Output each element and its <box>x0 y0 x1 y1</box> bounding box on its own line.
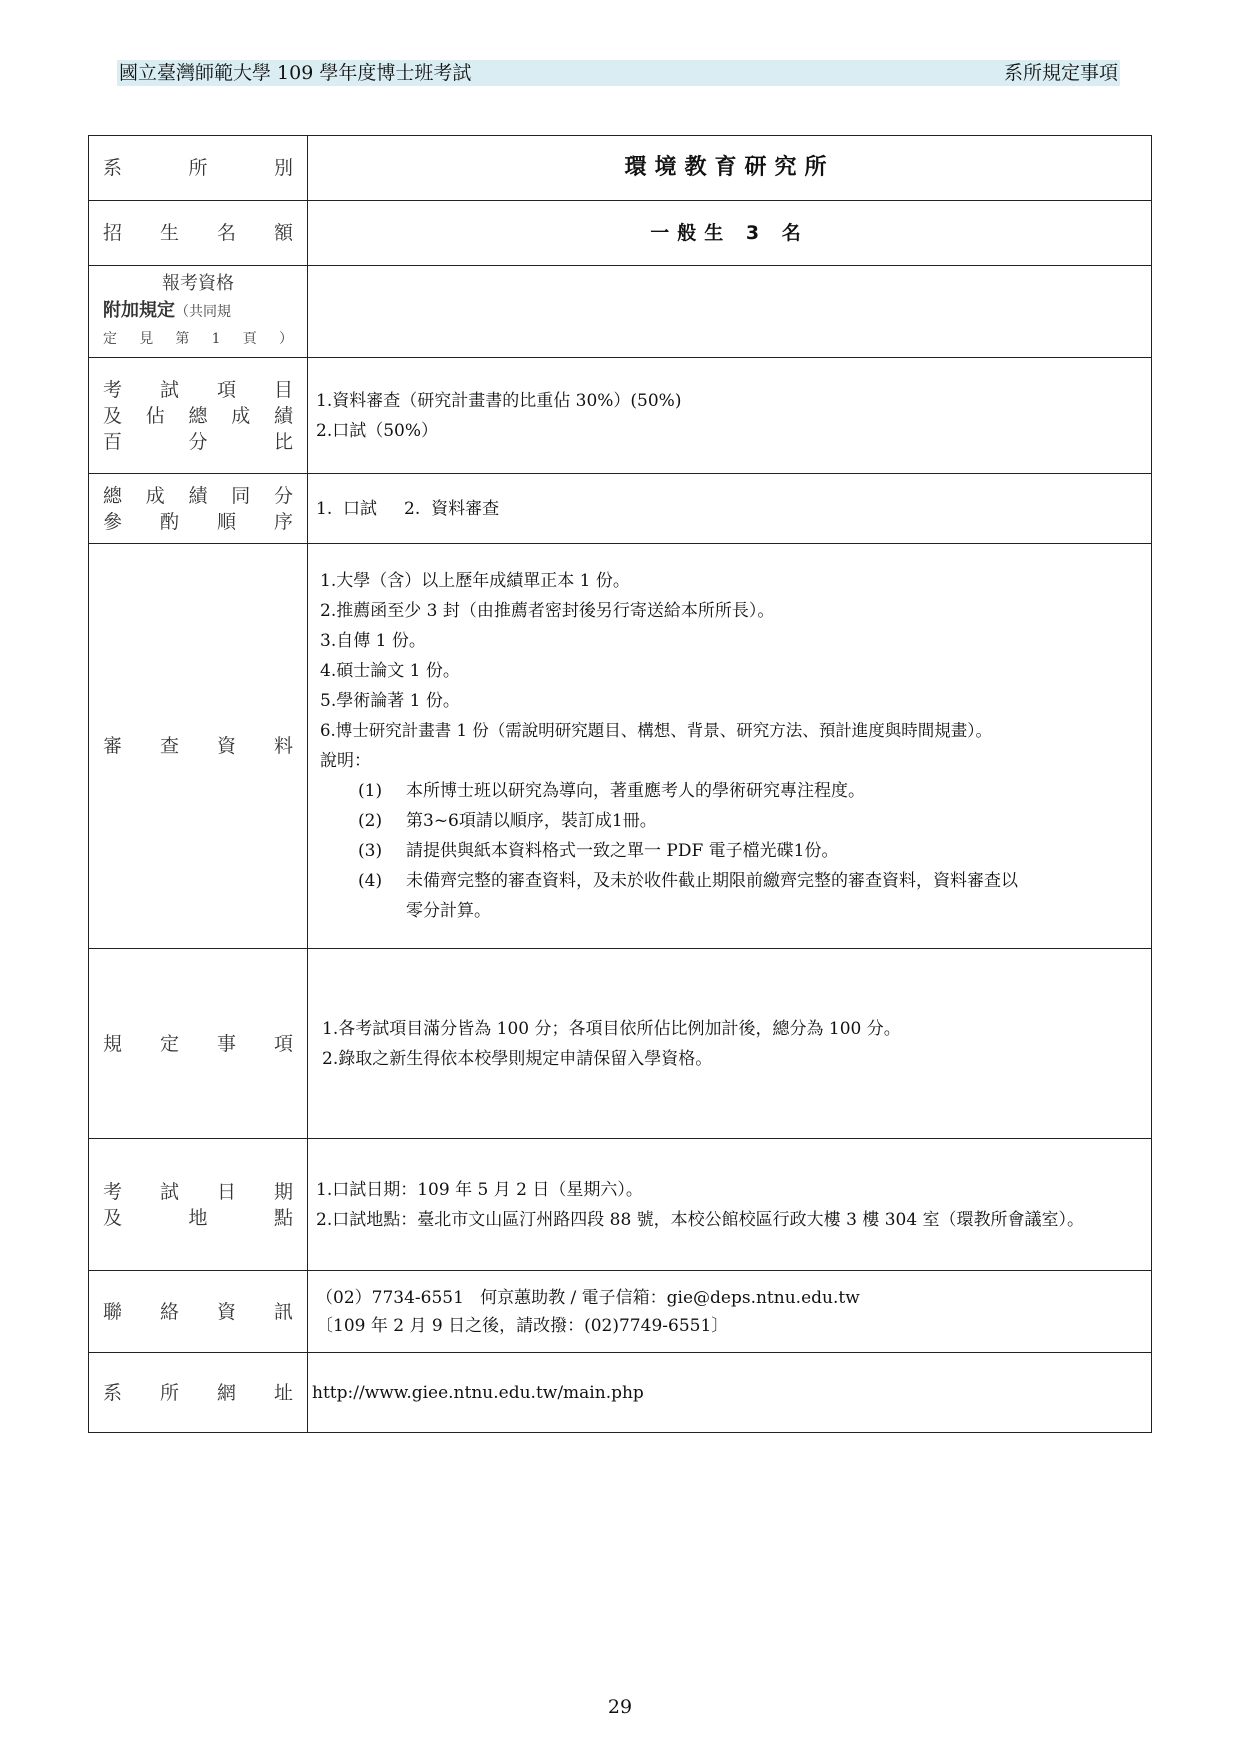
label-char: 總 <box>188 403 207 429</box>
label-char: 參 <box>103 509 122 535</box>
label-char: 及 <box>103 1205 122 1231</box>
label-char: 第 <box>175 326 189 353</box>
label-regulations: 規 定 事 項 <box>89 949 308 1139</box>
row-website: 系 所 網 址 http://www.giee.ntnu.edu.tw/main… <box>89 1353 1152 1433</box>
note-item: (2) 第3~6項請以順序，裝訂成1冊。 <box>320 806 1143 836</box>
label-char: 百 <box>103 429 122 455</box>
qualification-label-line1: 報考資格 <box>103 270 293 297</box>
label-char: 審 <box>103 733 122 759</box>
review-item: 6.博士研究計畫書 1 份（需說明研究題目、構想、背景、研究方法、預計進度與時間… <box>320 716 1143 746</box>
row-quota: 招 生 名 額 一般生 3 名 <box>89 201 1152 266</box>
label-tie-break: 總 成 績 同 分 參 酌 順 序 <box>89 474 308 544</box>
note-text: 本所博士班以研究為導向，著重應考人的學術研究專注程度。 <box>406 776 865 806</box>
label-char: 所 <box>160 1380 179 1406</box>
label-char: 績 <box>188 483 207 509</box>
label-char: 頁 <box>243 326 257 353</box>
exam-date-place-value-cell: 1.口試日期： 109 年 5 月 2 日（星期六）。 2.口試地點： 臺北市文… <box>308 1139 1152 1271</box>
note-item: (3) 請提供與紙本資料格式一致之單一 PDF 電子檔光碟1份。 <box>320 836 1143 866</box>
label-review-materials: 審 查 資 料 <box>89 544 308 949</box>
note-number: (3) <box>358 836 406 866</box>
label-char: 額 <box>274 220 293 246</box>
website-link[interactable]: http://www.giee.ntnu.edu.tw/main.php <box>312 1378 1143 1408</box>
label-qualification: 報考資格 附加規定（共同規 定 見 第 1 頁 ） <box>89 266 308 358</box>
label-char: 所 <box>188 155 207 181</box>
label-char: 資 <box>217 733 236 759</box>
label-char: 系 <box>103 1380 122 1406</box>
label-char: 考 <box>103 377 122 403</box>
regulation-item: 1.各考試項目滿分皆為 100 分；各項目依所佔比例加計後，總分為 100 分。 <box>322 1014 1143 1044</box>
label-char: 成 <box>146 483 165 509</box>
review-item: 1.大學（含）以上歷年成績單正本 1 份。 <box>320 566 1143 596</box>
label-char: 址 <box>274 1380 293 1406</box>
label-char: 及 <box>103 403 122 429</box>
label-char: 順 <box>217 509 236 535</box>
row-tie-break: 總 成 績 同 分 參 酌 順 序 1. 口試 2. 資料審查 <box>89 474 1152 544</box>
label-char: 項 <box>274 1031 293 1057</box>
note-text: 未備齊完整的審查資料，及未於收件截止期限前繳齊完整的審查資料，資料審查以 <box>406 866 1018 896</box>
label-char: 見 <box>139 326 153 353</box>
qualification-value-cell <box>308 266 1152 358</box>
contact-new-phone: 〔109 年 2 月 9 日之後，請改撥：(02)7749-6551〕 <box>316 1312 1143 1340</box>
label-char: 定 <box>103 326 117 353</box>
label-char: 序 <box>274 509 293 535</box>
row-contact: 聯 絡 資 訊 （02）7734-6551 何京蕙助教 / 電子信箱：gie@d… <box>89 1271 1152 1353</box>
contact-phone-email: （02）7734-6551 何京蕙助教 / 電子信箱：gie@deps.ntnu… <box>316 1284 1143 1312</box>
website-value-cell: http://www.giee.ntnu.edu.tw/main.php <box>308 1353 1152 1433</box>
label-char: 同 <box>231 483 250 509</box>
qualification-label-bold: 附加規定 <box>103 300 175 321</box>
label-char: 試 <box>160 377 179 403</box>
label-char: 聯 <box>103 1299 122 1325</box>
note-continuation: 零分計算。 <box>320 896 1143 926</box>
exam-place-value: 臺北市文山區汀州路四段 88 號，本校公館校區行政大樓 3 樓 304 室（環教… <box>417 1205 1084 1235</box>
label-char: 別 <box>274 155 293 181</box>
row-exam-date-place: 考 試 日 期 及 地 點 1.口試日期： 109 年 5 月 2 日（星期六）… <box>89 1139 1152 1271</box>
row-qualification: 報考資格 附加規定（共同規 定 見 第 1 頁 ） <box>89 266 1152 358</box>
note-number: (4) <box>358 866 406 896</box>
review-item: 4.碩士論文 1 份。 <box>320 656 1143 686</box>
label-char: 查 <box>160 733 179 759</box>
label-char: 考 <box>103 1179 122 1205</box>
contact-value-cell: （02）7734-6551 何京蕙助教 / 電子信箱：gie@deps.ntnu… <box>308 1271 1152 1353</box>
review-item: 2.推薦函至少 3 封（由推薦者密封後另行寄送給本所所長）。 <box>320 596 1143 626</box>
label-char: 網 <box>217 1380 236 1406</box>
label-char: 點 <box>274 1205 293 1231</box>
regulations-value-cell: 1.各考試項目滿分皆為 100 分；各項目依所佔比例加計後，總分為 100 分。… <box>308 949 1152 1139</box>
label-char: 資 <box>217 1299 236 1325</box>
exam-item: 2.口試（50%） <box>316 416 1143 446</box>
label-char: 酌 <box>160 509 179 535</box>
row-review-materials: 審 查 資 料 1.大學（含）以上歷年成績單正本 1 份。 2.推薦函至少 3 … <box>89 544 1152 949</box>
exam-items-value-cell: 1.資料審查（研究計畫書的比重佔 30%）(50%) 2.口試（50%） <box>308 358 1152 474</box>
note-text: 第3~6項請以順序，裝訂成1冊。 <box>406 806 657 836</box>
label-char: 系 <box>103 155 122 181</box>
label-char: 比 <box>274 429 293 455</box>
label-char: 絡 <box>160 1299 179 1325</box>
department-value-cell: 環境教育研究所 <box>308 136 1152 201</box>
label-char: 地 <box>188 1205 207 1231</box>
label-char: 目 <box>274 377 293 403</box>
department-name: 環境教育研究所 <box>316 153 1143 183</box>
exam-date-label: 1.口試日期： <box>316 1175 417 1205</box>
exam-item: 1.資料審查（研究計畫書的比重佔 30%）(50%) <box>316 386 1143 416</box>
note-item: (4) 未備齊完整的審查資料，及未於收件截止期限前繳齊完整的審查資料，資料審查以 <box>320 866 1143 896</box>
exam-place: 2.口試地點： 臺北市文山區汀州路四段 88 號，本校公館校區行政大樓 3 樓 … <box>316 1205 1143 1235</box>
header-section-title: 系所規定事項 <box>1002 60 1120 86</box>
label-char: 定 <box>160 1031 179 1057</box>
quota-value: 一般生 3 名 <box>316 218 1143 248</box>
qualification-label-note: （共同規 <box>175 304 231 320</box>
page-header: 國立臺灣師範大學 109 學年度博士班考試 系所規定事項 <box>117 60 1120 86</box>
label-char: 項 <box>217 377 236 403</box>
label-exam-items: 考 試 項 目 及 佔 總 成 績 百 分 比 <box>89 358 308 474</box>
row-department: 系 所 別 環境教育研究所 <box>89 136 1152 201</box>
row-exam-items: 考 試 項 目 及 佔 總 成 績 百 分 比 1.資料審查（研究計畫書的比重佔… <box>89 358 1152 474</box>
label-char: 績 <box>274 403 293 429</box>
label-char: 生 <box>160 220 179 246</box>
tie-break-value-cell: 1. 口試 2. 資料審查 <box>308 474 1152 544</box>
label-char: 分 <box>274 483 293 509</box>
label-char: 料 <box>274 733 293 759</box>
quota-value-cell: 一般生 3 名 <box>308 201 1152 266</box>
label-char: 成 <box>231 403 250 429</box>
label-char: 佔 <box>146 403 165 429</box>
note-item: (1) 本所博士班以研究為導向，著重應考人的學術研究專注程度。 <box>320 776 1143 806</box>
tie-break-order: 1. 口試 2. 資料審查 <box>316 494 1143 524</box>
label-char: 1 <box>212 326 221 353</box>
exam-date-value: 109 年 5 月 2 日（星期六）。 <box>417 1175 643 1205</box>
exam-date: 1.口試日期： 109 年 5 月 2 日（星期六）。 <box>316 1175 1143 1205</box>
label-website: 系 所 網 址 <box>89 1353 308 1433</box>
label-char: ） <box>279 326 293 353</box>
label-contact: 聯 絡 資 訊 <box>89 1271 308 1353</box>
label-department: 系 所 別 <box>89 136 308 201</box>
page-number: 29 <box>0 1696 1240 1718</box>
note-text: 請提供與紙本資料格式一致之單一 PDF 電子檔光碟1份。 <box>406 836 839 866</box>
exam-place-label: 2.口試地點： <box>316 1205 417 1235</box>
review-materials-value-cell: 1.大學（含）以上歷年成績單正本 1 份。 2.推薦函至少 3 封（由推薦者密封… <box>308 544 1152 949</box>
label-char: 事 <box>217 1031 236 1057</box>
label-char: 總 <box>103 483 122 509</box>
label-char: 規 <box>103 1031 122 1057</box>
label-char: 訊 <box>274 1299 293 1325</box>
row-regulations: 規 定 事 項 1.各考試項目滿分皆為 100 分；各項目依所佔比例加計後，總分… <box>89 949 1152 1139</box>
note-number: (1) <box>358 776 406 806</box>
regulation-item: 2.錄取之新生得依本校學則規定申請保留入學資格。 <box>322 1044 1143 1074</box>
review-item: 5.學術論著 1 份。 <box>320 686 1143 716</box>
label-char: 期 <box>274 1179 293 1205</box>
label-quota: 招 生 名 額 <box>89 201 308 266</box>
label-char: 日 <box>217 1179 236 1205</box>
label-char: 名 <box>217 220 236 246</box>
label-exam-date-place: 考 試 日 期 及 地 點 <box>89 1139 308 1271</box>
note-number: (2) <box>358 806 406 836</box>
label-char: 分 <box>188 429 207 455</box>
label-char: 試 <box>160 1179 179 1205</box>
label-char: 招 <box>103 220 122 246</box>
department-regulations-table: 系 所 別 環境教育研究所 招 生 名 額 一般生 3 名 報考資格 <box>88 135 1152 1433</box>
review-item: 3.自傳 1 份。 <box>320 626 1143 656</box>
note-title: 說明： <box>320 746 1143 776</box>
header-exam-title: 國立臺灣師範大學 109 學年度博士班考試 <box>117 60 473 86</box>
